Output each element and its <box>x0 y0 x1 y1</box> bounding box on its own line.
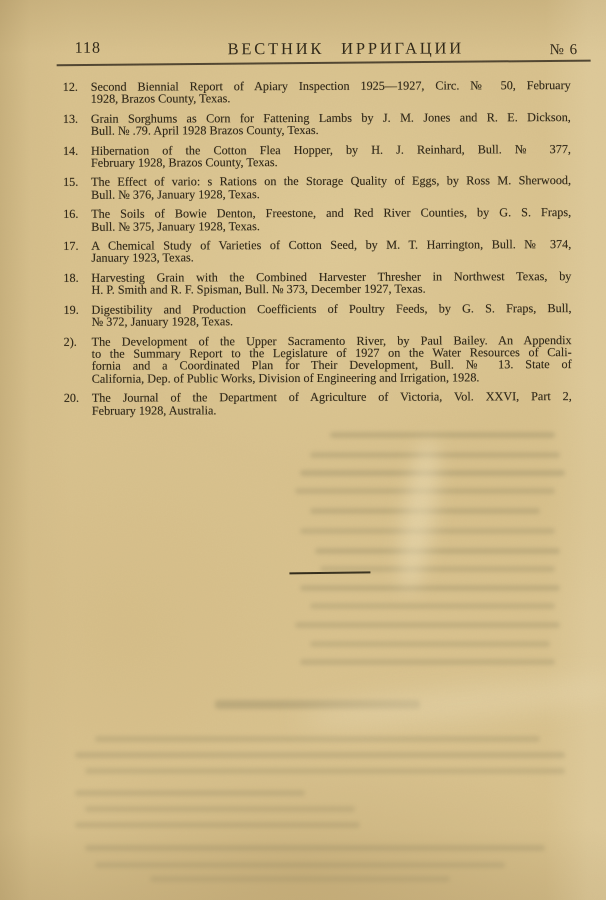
bib-item-16: 16. The Soils of Bowie Denton, Freestone… <box>63 206 571 233</box>
bibliography-list: 12. Second Biennial Report of Apiary Ins… <box>63 79 572 424</box>
item-line: California, Dep. of Public Works, Divisi… <box>92 371 572 385</box>
scanned-page: 118 ВЕСТНИК ИРРИГАЦИИ № 6 12. Second Bie… <box>0 0 606 900</box>
bib-item-13: 13. Grain Sorghums as Corn for Fattening… <box>63 111 571 138</box>
item-number: 15. <box>63 176 78 188</box>
item-line: January 1923, Texas. <box>91 251 571 265</box>
page-number: 118 <box>75 40 101 58</box>
item-number: 2). <box>64 335 77 347</box>
bib-item-14: 14. Hibernation of the Cotton Flea Hoppe… <box>63 143 571 170</box>
journal-title: ВЕСТНИК ИРРИГАЦИИ <box>228 38 464 59</box>
item-line: February 1928, Australia. <box>92 403 572 417</box>
header-rule <box>57 60 591 66</box>
bib-item-18: 18. Harvesting Grain with the Combined H… <box>63 270 571 297</box>
section-divider <box>289 571 370 574</box>
bib-item-17: 17. A Chemical Study of Varieties of Cot… <box>63 238 571 265</box>
bib-item-19: 19. Digestibility and Production Coeffic… <box>63 302 571 329</box>
page-content: 118 ВЕСТНИК ИРРИГАЦИИ № 6 12. Second Bie… <box>0 0 606 900</box>
bib-item-15: 15. The Effect of vario: s Rations on th… <box>63 175 571 202</box>
item-number: 17. <box>63 240 78 252</box>
item-number: 18. <box>63 272 78 284</box>
item-number: 12. <box>63 81 78 93</box>
bib-item-20a: 2). The Development of the Upper Sacrame… <box>64 334 572 385</box>
item-line: Bull. № 375, January 1928, Texas. <box>91 219 571 233</box>
item-number: 19. <box>63 303 78 315</box>
item-number: 13. <box>63 113 78 125</box>
item-line: Bull. № .79. April 1928 Brazos County, T… <box>91 123 571 137</box>
bib-item-12: 12. Second Biennial Report of Apiary Ins… <box>63 79 571 106</box>
item-line: The Soils of Bowie Denton, Freestone, an… <box>91 206 571 220</box>
item-line: February 1928, Brazos County, Texas. <box>91 155 571 169</box>
item-line: № 372, January 1928, Texas. <box>92 314 572 328</box>
item-number: 14. <box>63 144 78 156</box>
item-line: 1928, Brazos County, Texas. <box>91 91 571 105</box>
item-number: 20. <box>64 392 79 404</box>
item-line: H. P. Smith and R. F. Spisman, Bull. № 3… <box>91 282 571 296</box>
item-line: The Journal of the Department of Agricul… <box>92 390 572 404</box>
item-line: The Effect of vario: s Rations on the St… <box>91 175 571 189</box>
item-line: Bull. № 376, January 1928, Texas. <box>91 187 571 201</box>
issue-number: № 6 <box>550 42 579 59</box>
item-number: 16. <box>63 208 78 220</box>
bib-item-20b: 20. The Journal of the Department of Agr… <box>64 390 572 417</box>
